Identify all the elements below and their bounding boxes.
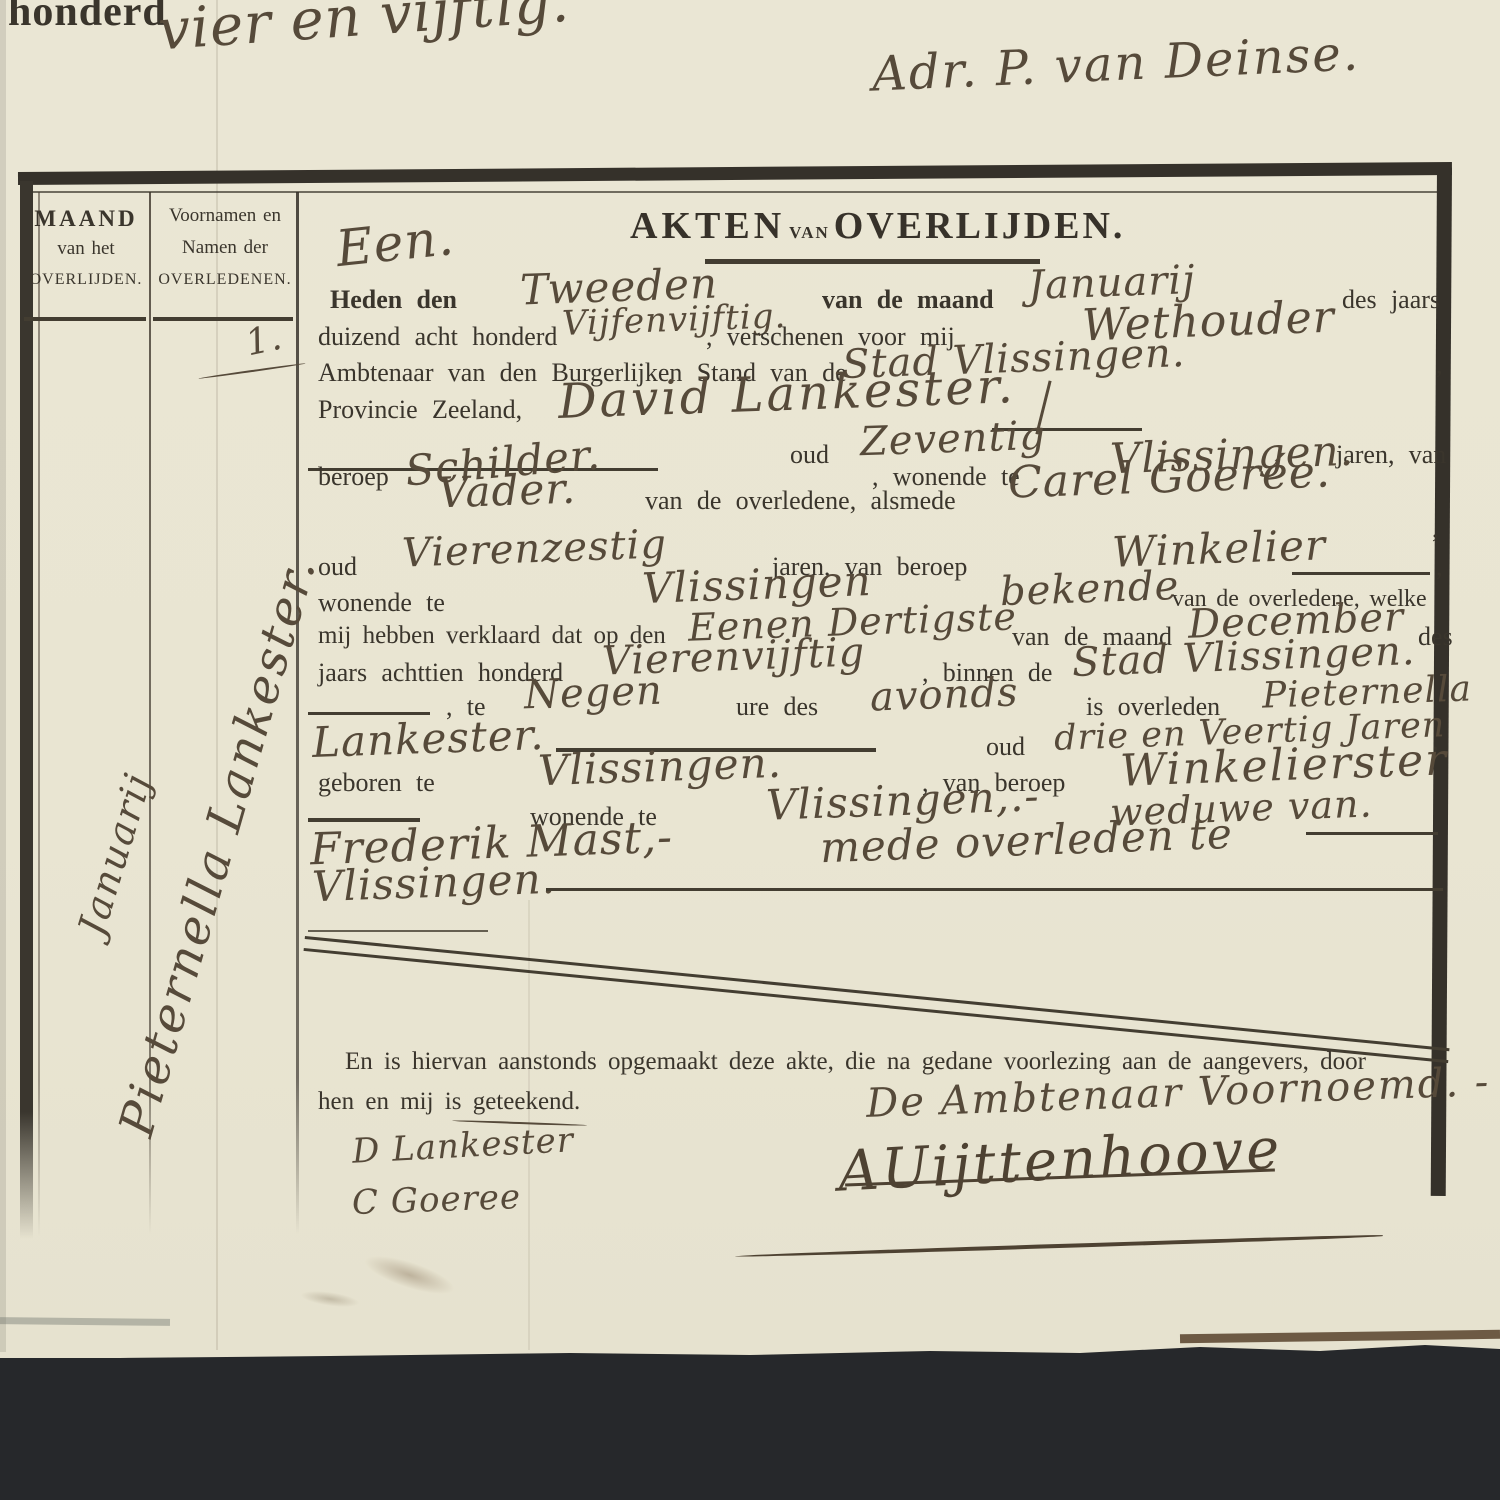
handwritten-fill: Negen	[523, 668, 663, 719]
printed-text: Provincie Zeeland,	[318, 395, 522, 425]
printed-text: ,	[1432, 514, 1439, 544]
printed-text: van de maand	[822, 285, 994, 315]
printed-text: oud	[986, 732, 1025, 762]
printed-text: des	[1418, 622, 1453, 652]
closing-paragraph-line2: hen en mij is geteekend.	[318, 1088, 580, 1116]
act-number-word: Een.	[333, 208, 457, 278]
handwritten-fill: Vlissingen.	[311, 854, 556, 911]
column-separator-2	[296, 192, 299, 1234]
previous-act-fragment: honderd	[8, 0, 167, 36]
printed-text: oud	[318, 552, 357, 582]
fill-line	[1292, 572, 1430, 575]
printed-text: Heden den	[330, 285, 457, 315]
void-strike-short	[308, 930, 488, 932]
names-column-header-line1: Voornamen en	[152, 205, 298, 227]
scanned-register-page: honderd vier en vijftig. Adr. P. van Dei…	[0, 0, 1500, 1500]
form-top-inner-rule	[22, 191, 1438, 193]
title-underline	[705, 259, 1040, 264]
printed-text: ure des	[736, 692, 818, 722]
names-column-header-line3: OVERLEDENEN.	[152, 271, 298, 289]
act-title-overlijden: OVERLIJDEN.	[834, 205, 1126, 247]
handwritten-fill: Vader.	[437, 464, 577, 518]
handwritten-fill: Vlissingen.	[537, 738, 782, 795]
fill-line	[546, 888, 1443, 891]
act-title-van: van	[789, 218, 830, 244]
printed-text: oud	[790, 440, 829, 470]
paper-edge-shadow	[0, 0, 6, 1352]
month-column-header-line3: OVERLIJDEN.	[24, 271, 148, 289]
printed-text: geboren te	[318, 768, 435, 798]
handwritten-fill: avonds	[869, 669, 1019, 720]
month-header-underline	[24, 317, 146, 321]
form-left-border	[20, 181, 33, 1239]
fill-line	[1306, 832, 1438, 835]
act-title: AKTEN van OVERLIJDEN.	[630, 204, 1070, 248]
names-column-header-line2: Namen der	[152, 237, 298, 259]
paper-crease	[216, 0, 218, 1350]
printed-text: duizend acht honderd	[318, 322, 557, 352]
handwritten-fill: Vierenzestig	[401, 521, 667, 576]
handwritten-fill: bekende	[999, 563, 1180, 615]
printed-text: des jaars	[1342, 285, 1440, 315]
printed-text: van de overledene, alsmede	[645, 486, 956, 516]
printed-text: ,	[1436, 552, 1443, 582]
declarant-signature-2: C Goeree	[351, 1177, 521, 1223]
scan-backdrop	[0, 1340, 1500, 1500]
printed-text: ,	[1436, 350, 1443, 380]
month-column-header-line2: van het	[24, 238, 148, 260]
month-column-header-line1: MAAND	[24, 206, 148, 232]
printed-text: wonende te	[318, 588, 445, 618]
act-title-akten: AKTEN	[630, 205, 785, 247]
printed-text: beroep	[318, 462, 389, 492]
form-left-inner-line	[38, 192, 40, 1237]
handwritten-fill: Lankester.	[311, 710, 545, 767]
